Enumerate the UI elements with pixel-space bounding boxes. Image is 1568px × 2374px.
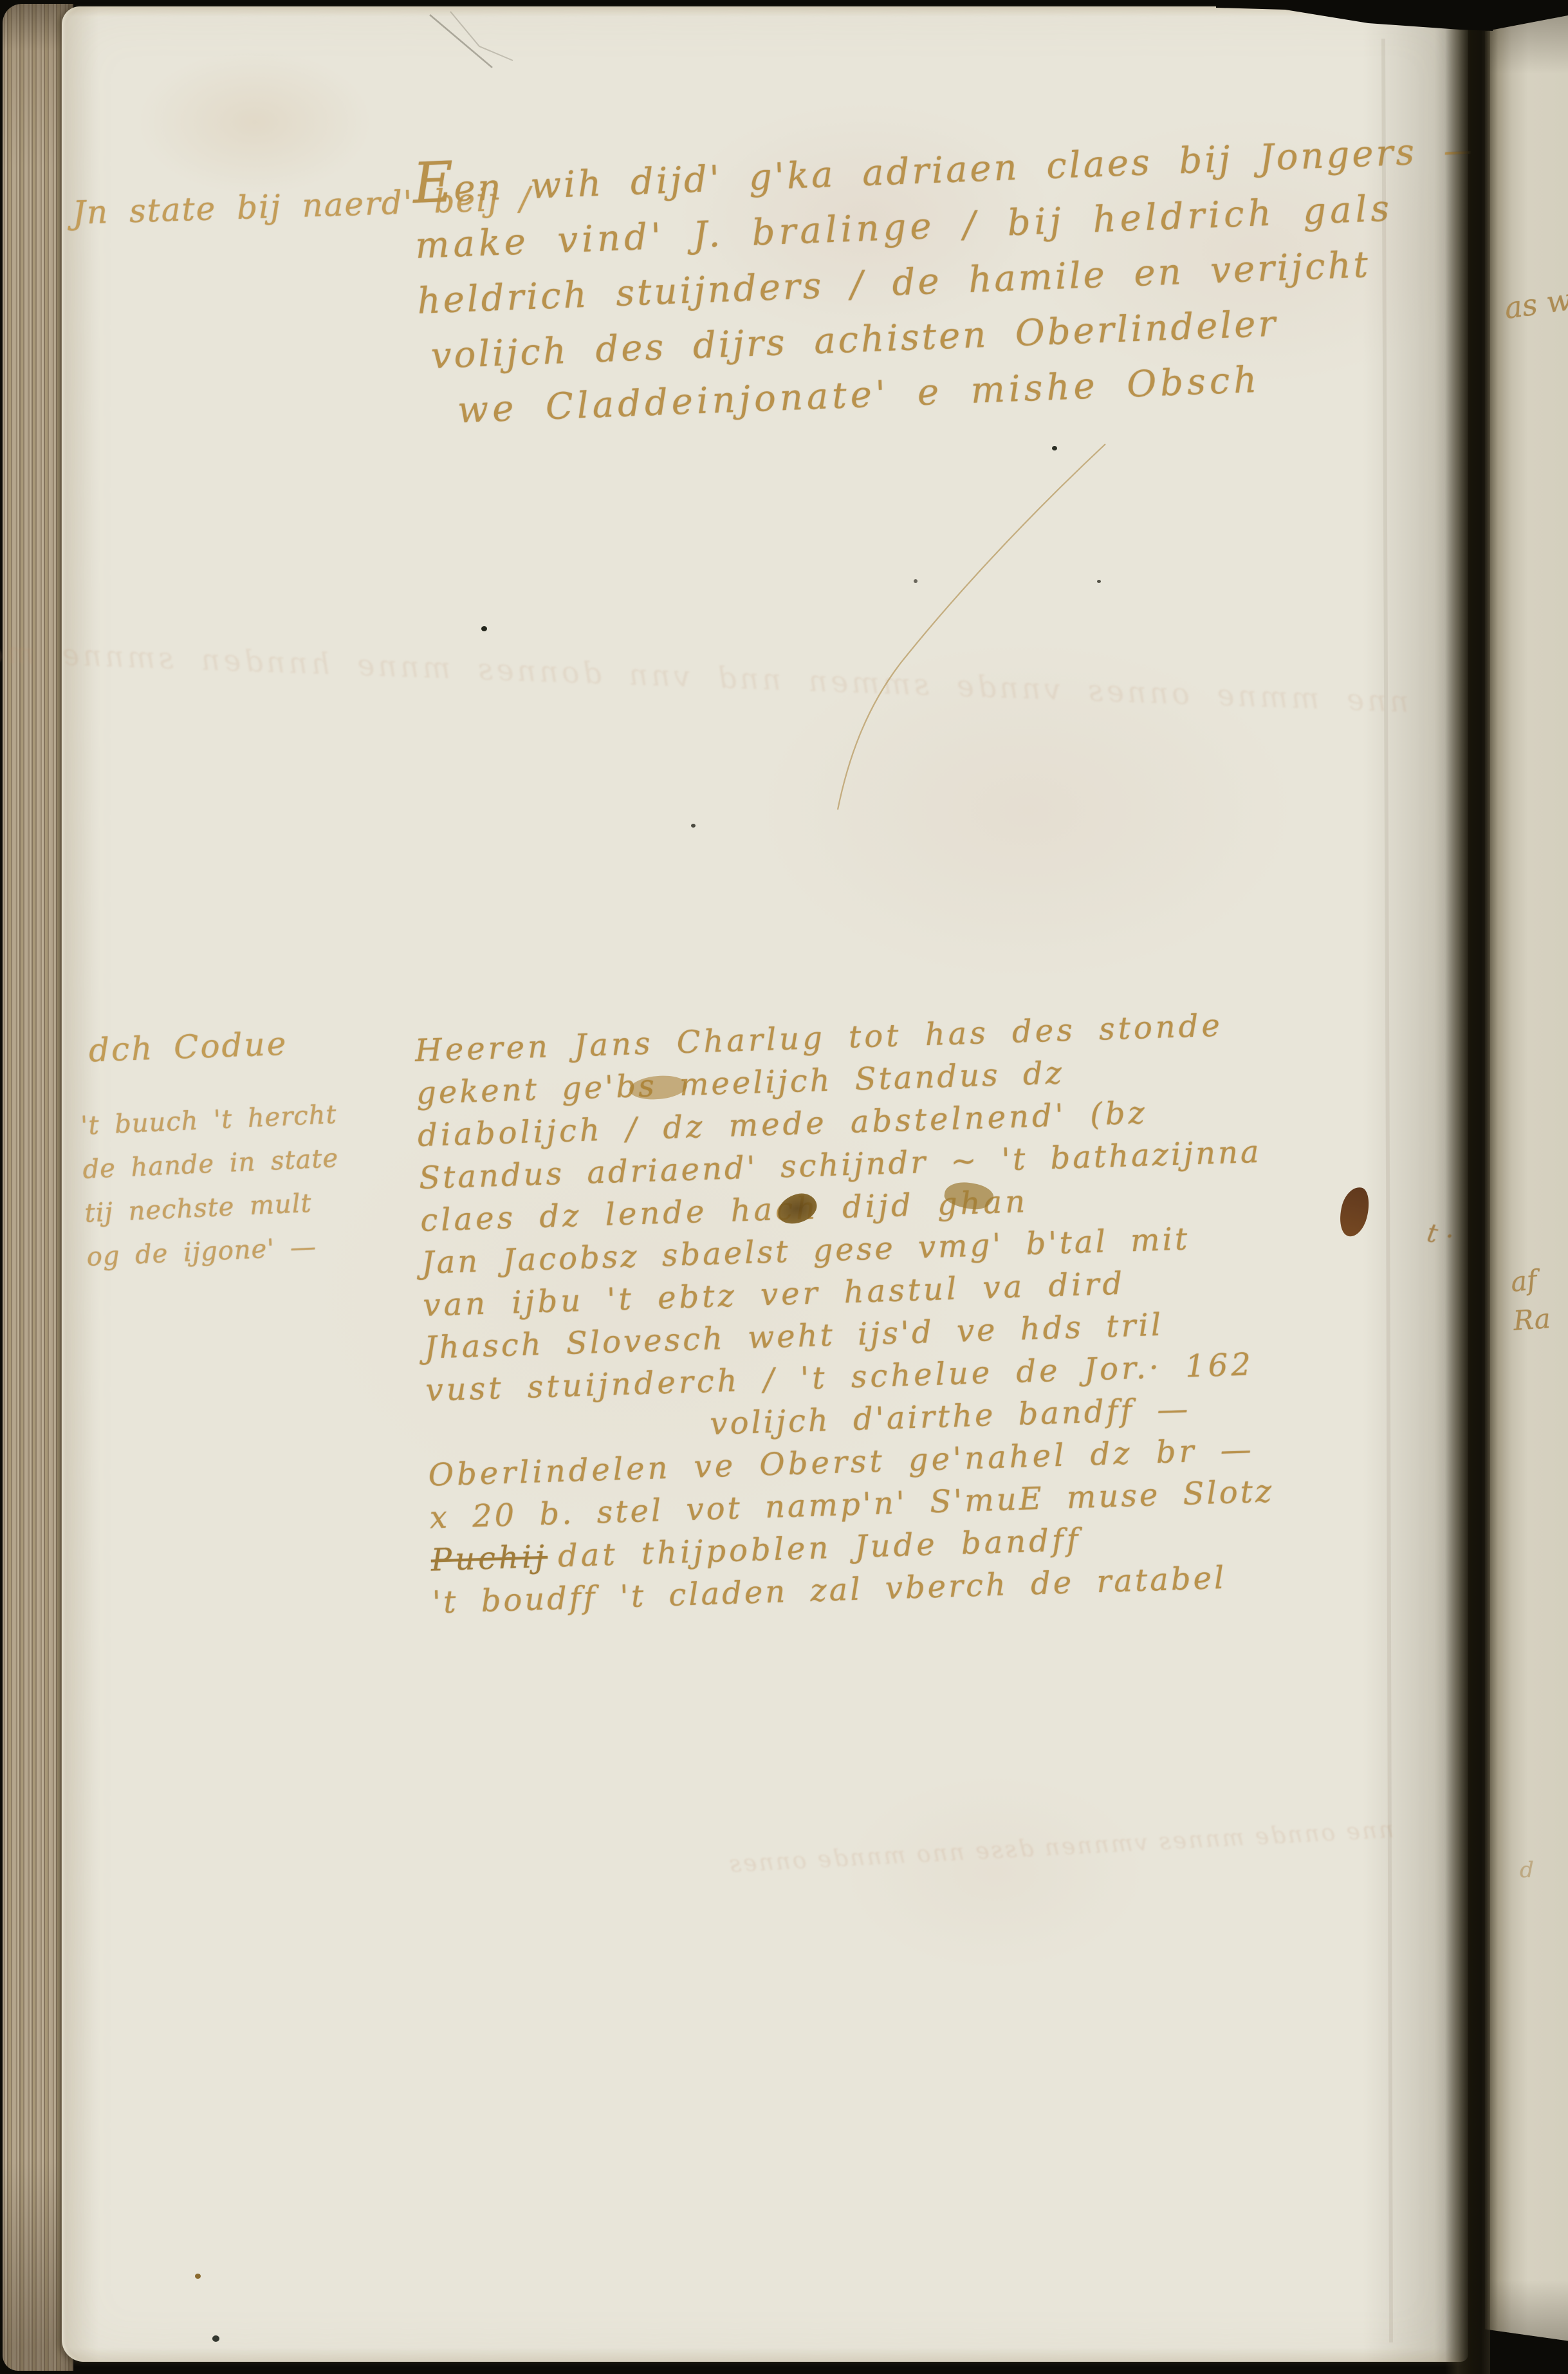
facing-fragment-mid1: af <box>1509 1264 1538 1298</box>
margin-note-middle: 't buuch 't hercht de hande in state tij… <box>80 1090 409 1279</box>
bleedthrough-block: nne mmne onnes vnnde smmen nnd vnn donne… <box>443 643 1410 727</box>
bleedthrough-line: nne onnde mnnes <box>1156 1817 1394 1855</box>
ink-speck <box>691 824 696 828</box>
ink-speck <box>1097 580 1101 583</box>
bleedthrough-line: nne mmne onnes vnnde smmen nnd <box>714 660 1410 719</box>
ink-speck <box>212 2335 219 2342</box>
manuscript-page: Jn state bij naerd' beij / Een wih dijd'… <box>62 6 1468 2362</box>
manuscript-scan: Jn state bij naerd' beij / Een wih dijd'… <box>0 0 1568 2374</box>
facing-page-edge: as w af Ra d <box>1485 15 1568 2350</box>
ink-speck <box>481 626 487 631</box>
struck-word: Puchij <box>430 1539 548 1579</box>
facing-fragment-mid2: Ra <box>1512 1303 1551 1337</box>
ink-speck <box>914 579 918 583</box>
ink-speck <box>1052 446 1057 450</box>
margin-heading-middle: dch Codue <box>88 1025 288 1070</box>
bleedthrough-line: vmnnen dsse nno <box>914 1830 1148 1868</box>
bleedthrough-block: nne onnde mnnes vmnnen dsse nno mnnde on… <box>726 1810 1395 1885</box>
margin-heading-middle-text: dch Codue <box>88 1025 288 1070</box>
entry-top: Een wih dijd' g'ka adriaen claes bij Jon… <box>412 115 1490 440</box>
ink-speck <box>195 2274 201 2279</box>
book-gutter-shadow <box>1445 0 1490 2374</box>
bleedthrough-line: mnnde onnes <box>727 1842 907 1878</box>
entry-middle: Heeren Jans Charlug tot has des stonde g… <box>414 996 1500 1624</box>
bleedthrough-line: vnn donnes mnne hnnden smnne <box>59 637 691 694</box>
facing-fragment-upper: as w <box>1502 282 1568 326</box>
facing-fragment-lower: d <box>1520 1857 1534 1883</box>
